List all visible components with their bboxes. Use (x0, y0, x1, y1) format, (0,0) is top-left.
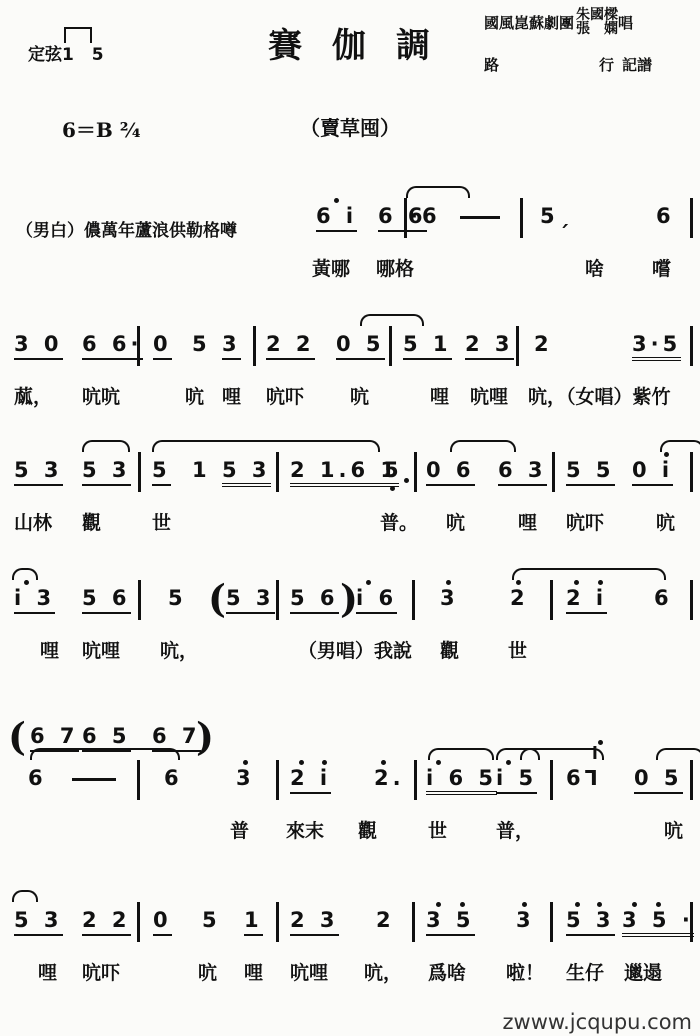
octave-dot-above (598, 580, 603, 585)
lyric: 啥 (585, 254, 604, 281)
note-group: 2 (376, 908, 395, 932)
lyric: 黃哪 (312, 254, 350, 281)
note-group: 1 (192, 458, 211, 482)
note-group: 3 (516, 908, 535, 932)
note-group: 2 (510, 586, 529, 610)
note-group: 3 0 (14, 332, 63, 360)
note-group: 5 (192, 332, 211, 356)
barline (276, 902, 279, 942)
note-group: 1 (244, 908, 263, 936)
lyric: 哩 (244, 958, 263, 985)
lyric: 哩 (38, 958, 57, 985)
lyric: 吭吭 (82, 382, 120, 409)
tuning-label: 定弦 (28, 45, 62, 65)
note-group: 0 (153, 332, 172, 360)
lyrics-row: 哩吭哩吭，（男唱）我說觀世 (0, 636, 700, 666)
lyric: 觀 (440, 636, 459, 663)
slur-arc (360, 314, 424, 326)
note-group: 6 (164, 766, 183, 790)
note-group: 5 3 (82, 458, 131, 486)
note-group: 5 3 (14, 458, 63, 486)
lyric: 吭 (446, 508, 465, 535)
lyrics-row: 黃哪哪格啥嚐 (0, 254, 700, 284)
lyric: 吭 (198, 958, 217, 985)
barline (690, 452, 693, 492)
lyric: 吭 (664, 816, 683, 843)
note-group: 0 5 (336, 332, 385, 360)
barline (276, 760, 279, 800)
note-group: 5 (202, 908, 221, 932)
barline (412, 902, 415, 942)
slur-arc (406, 186, 470, 198)
lyric: 世 (508, 636, 527, 663)
duration-dash (460, 216, 500, 219)
octave-dot-below (404, 478, 409, 483)
octave-dot-above (243, 760, 248, 765)
sing-suffix: 唱 (618, 12, 633, 33)
note-group: 5 5 (566, 458, 615, 486)
barline (550, 580, 553, 620)
barline (690, 902, 693, 942)
barline (137, 902, 140, 942)
barline (412, 580, 415, 620)
note-group: 6 (28, 766, 47, 790)
note-group: i 5 (496, 766, 537, 794)
octave-dot-above (24, 580, 29, 585)
octave-dot-above (574, 580, 579, 585)
lyric: 吭吓 (266, 382, 304, 409)
octave-dot-above (656, 902, 661, 907)
octave-dot-above (664, 452, 669, 457)
note-group: 5 (152, 458, 171, 486)
lyric: 吭吓 (566, 508, 604, 535)
note-group: 0 (153, 908, 172, 936)
parenthesis: ) (196, 714, 214, 759)
lyric: 哪格 (376, 254, 414, 281)
slur-arc (512, 568, 666, 580)
note-group: 6 5 (82, 724, 131, 752)
note-group: 3·5 (632, 332, 681, 361)
notes-row: 6632 i2.i 6 5i 56ᒣ0 5i (0, 760, 700, 800)
lyrics-row: 哩吭吓吭哩吭哩吭，爲啥啦！生仔邋遢 (0, 958, 700, 988)
lyric: 吭 (656, 508, 675, 535)
note-group: 5 (384, 458, 403, 482)
barline (552, 452, 555, 492)
barline (276, 580, 279, 620)
lyric: 吭， (364, 958, 402, 985)
parenthesis: ( (208, 576, 226, 621)
octave-dot-above (334, 198, 339, 203)
notes-row: 5 35 3515 32 1.6 150 66 35 50 i (0, 452, 700, 492)
barline (389, 326, 392, 366)
lyric: 觀 (358, 816, 377, 843)
note-group: 5 3 (226, 586, 275, 614)
octave-dot-above (299, 760, 304, 765)
note-group: 0 6 (426, 458, 475, 486)
watermark: zwww.jcqupu.com (503, 1010, 692, 1034)
lyric: （男唱）我說 (298, 636, 412, 663)
octave-dot-above (597, 902, 602, 907)
octave-dot-above (506, 760, 511, 765)
note-group: 2 i (290, 766, 331, 794)
notes-row: (6 76 56 7) (0, 718, 700, 758)
note-group: 5 (168, 586, 187, 610)
credits-troupe: 國風崑蘇劇團 (484, 12, 574, 33)
lyric: 吭，（女唱）紫竹 (528, 382, 671, 409)
octave-dot-above (522, 902, 527, 907)
note-group: 2 2 (266, 332, 315, 360)
notes-row: 3 06 6·0532 20 55 12 323·5 (0, 326, 700, 366)
singers: 朱國樑 張 嫻 (576, 8, 618, 36)
lyric: 山林 (14, 508, 52, 535)
lyric: 世 (152, 508, 171, 535)
lyric: 邋遢 (624, 958, 662, 985)
lyric: 爲啥 (428, 958, 466, 985)
note-group: ·6 (410, 204, 441, 228)
barline (414, 760, 417, 800)
note-group: 6 3 (498, 458, 547, 486)
slur-arc (450, 440, 516, 452)
note-group: 3 (236, 766, 255, 790)
octave-dot-above (436, 902, 441, 907)
note-group: 5 6 (290, 586, 339, 614)
barline (690, 760, 693, 800)
octave-dot-above (436, 760, 441, 765)
note-group: 3 5 (426, 908, 475, 936)
note-group: i 3 (14, 586, 55, 614)
octave-dot-above (632, 902, 637, 907)
barline (276, 452, 279, 492)
note-group: 5 1 (403, 332, 452, 360)
lyric: 普 (230, 816, 249, 843)
lyric: 哩 (222, 382, 241, 409)
barline (516, 326, 519, 366)
lyric: 哩 (518, 508, 537, 535)
slur-arc (660, 440, 700, 452)
note-group: 6 (656, 204, 675, 228)
lyric: 吭 (350, 382, 369, 409)
note-group: 3 5 · (622, 908, 694, 937)
barline (253, 326, 256, 366)
barline (550, 760, 553, 800)
note-group: 6 7 (30, 724, 79, 752)
credits: 國風崑蘇劇團 朱國樑 張 嫻 唱 路 行 記譜 (484, 8, 652, 75)
barline (138, 580, 141, 620)
recorder-1: 路 (484, 54, 499, 75)
recorder-2: 行 (599, 54, 614, 75)
key-signature: 6＝B ²⁄₄ (62, 114, 141, 143)
tuning-notes: 1 5 (62, 45, 110, 65)
note-group: 6 6· (82, 332, 143, 360)
lyric: 哩 (430, 382, 449, 409)
lyric: 觀 (82, 508, 101, 535)
octave-dot-below (390, 486, 395, 491)
lyric: 吭吓 (82, 958, 120, 985)
tuning-bracket (64, 27, 92, 43)
slur-arc (82, 440, 130, 452)
lyrics-row: 普來末觀世普，吭 (0, 816, 700, 846)
note-group: 6ᒣ (566, 766, 602, 790)
lyric: 生仔 (566, 958, 604, 985)
lyric: 嚐 (652, 254, 671, 281)
note-group: 6 7 (152, 724, 201, 752)
barline (404, 198, 407, 238)
barline (550, 902, 553, 942)
lyric: 吭， (160, 636, 198, 663)
lyric: 普。 (380, 508, 418, 535)
notes-row: i 35 65(5 35 6)i 6322 i6 (0, 580, 700, 620)
note-group: 5 3 (566, 908, 615, 936)
notes-row: 6 i6 6·65ˏ6 (0, 198, 700, 238)
lyric: 啦！ (506, 958, 544, 985)
note-group: 5 3 (222, 458, 271, 487)
octave-dot-above (366, 580, 371, 585)
note-group: 5ˏ (540, 204, 573, 228)
barline (690, 580, 693, 620)
barline (138, 452, 141, 492)
lyric: 普， (496, 816, 534, 843)
note-group: 0 5 (634, 766, 683, 794)
note-group: 5 3 (14, 908, 63, 936)
lyric: 世 (428, 816, 447, 843)
note-group: 5 6 (82, 586, 131, 614)
barline (690, 198, 693, 238)
note-group: i 6 (356, 586, 397, 614)
octave-dot-above (322, 760, 327, 765)
note-group: 6 i (316, 204, 357, 232)
octave-dot-above (575, 902, 580, 907)
slur-arc (152, 440, 380, 452)
lyric: 蓏， (14, 382, 52, 409)
note-group: 2 3 (290, 908, 339, 936)
barline (520, 198, 523, 238)
note-group: i 6 5 (426, 766, 497, 795)
barline (690, 326, 693, 366)
octave-dot-above (516, 580, 521, 585)
note-group: 2 (534, 332, 553, 356)
note-group: 6 (654, 586, 673, 610)
note-group: 0 i (632, 458, 673, 486)
note-group: 2 i (566, 586, 607, 614)
barline (137, 326, 140, 366)
lyrics-row: 蓏，吭吭吭哩吭吓吭哩吭哩吭，（女唱）紫竹 (0, 382, 700, 412)
lyric: 來末 (286, 816, 324, 843)
barline (414, 452, 417, 492)
slur-arc (12, 890, 38, 902)
lyrics-row: 山林觀世普。吭哩吭吓吭 (0, 508, 700, 538)
duration-dash (72, 778, 116, 781)
barline (137, 760, 140, 800)
source-title: （賣草囤） (300, 112, 400, 141)
note-group: 2 3 (465, 332, 514, 360)
notes-row: 5 32 20512 323 535 33 5 · (0, 902, 700, 942)
slur-arc (12, 568, 38, 580)
octave-dot-above (381, 760, 386, 765)
lyric: 吭 (185, 382, 204, 409)
lyric: 吭哩 (290, 958, 328, 985)
octave-dot-above (446, 580, 451, 585)
song-title: 賽伽調 (268, 18, 460, 67)
lyric: 吭哩 (82, 636, 120, 663)
record-suffix: 記譜 (622, 54, 652, 75)
octave-dot-above (460, 902, 465, 907)
note-group: 2 1.6 1 (290, 458, 399, 487)
note-group: 3 (222, 332, 241, 360)
parenthesis: ( (8, 714, 26, 759)
tuning-indicator: 定弦1 5 (28, 40, 110, 65)
lyric: 哩 (40, 636, 59, 663)
note-group: 3 (440, 586, 459, 610)
lyric: 吭哩 (470, 382, 508, 409)
note-group: 2 2 (82, 908, 131, 936)
note-group: 2. (374, 766, 405, 790)
